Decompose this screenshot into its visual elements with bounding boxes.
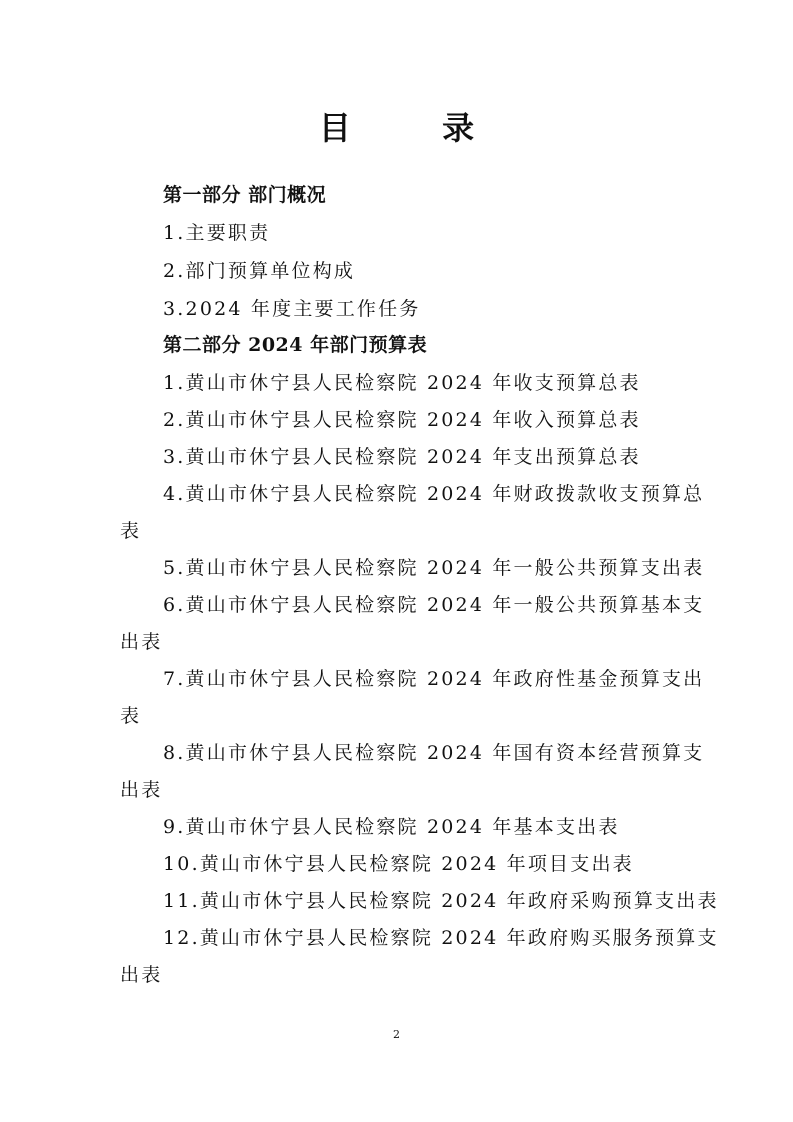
toc-item: 1.黄山市休宁县人民检察院 2024 年收支预算总表: [163, 368, 641, 395]
toc-item-continuation: 出表: [120, 775, 162, 802]
toc-item-continuation: 出表: [120, 627, 162, 654]
toc-item: 11.黄山市休宁县人民检察院 2024 年政府采购预算支出表: [163, 886, 719, 913]
toc-item: 4.黄山市休宁县人民检察院 2024 年财政拨款收支预算总: [163, 479, 704, 506]
section-heading-part1: 第一部分 部门概况: [163, 180, 326, 207]
toc-item: 10.黄山市休宁县人民检察院 2024 年项目支出表: [163, 849, 634, 876]
toc-item-continuation: 表: [120, 516, 141, 543]
toc-item: 2.黄山市休宁县人民检察院 2024 年收入预算总表: [163, 405, 641, 432]
toc-item: 2.部门预算单位构成: [163, 256, 355, 283]
toc-item: 8.黄山市休宁县人民检察院 2024 年国有资本经营预算支: [163, 738, 704, 765]
page-number: 2: [0, 1028, 793, 1041]
toc-item-continuation: 出表: [120, 960, 162, 987]
toc-item: 5.黄山市休宁县人民检察院 2024 年一般公共预算支出表: [163, 553, 704, 580]
toc-item: 1.主要职责: [163, 218, 270, 245]
page-title: 目 录: [0, 103, 793, 149]
toc-item: 3.黄山市休宁县人民检察院 2024 年支出预算总表: [163, 442, 641, 469]
toc-item: 6.黄山市休宁县人民检察院 2024 年一般公共预算基本支: [163, 590, 704, 617]
section-heading-part2: 第二部分 2024 年部门预算表: [163, 330, 427, 357]
toc-item: 7.黄山市休宁县人民检察院 2024 年政府性基金预算支出: [163, 664, 704, 691]
toc-item: 3.2024 年度主要工作任务: [163, 294, 421, 321]
toc-item: 12.黄山市休宁县人民检察院 2024 年政府购买服务预算支: [163, 923, 719, 950]
toc-item-continuation: 表: [120, 701, 141, 728]
toc-item: 9.黄山市休宁县人民检察院 2024 年基本支出表: [163, 812, 620, 839]
